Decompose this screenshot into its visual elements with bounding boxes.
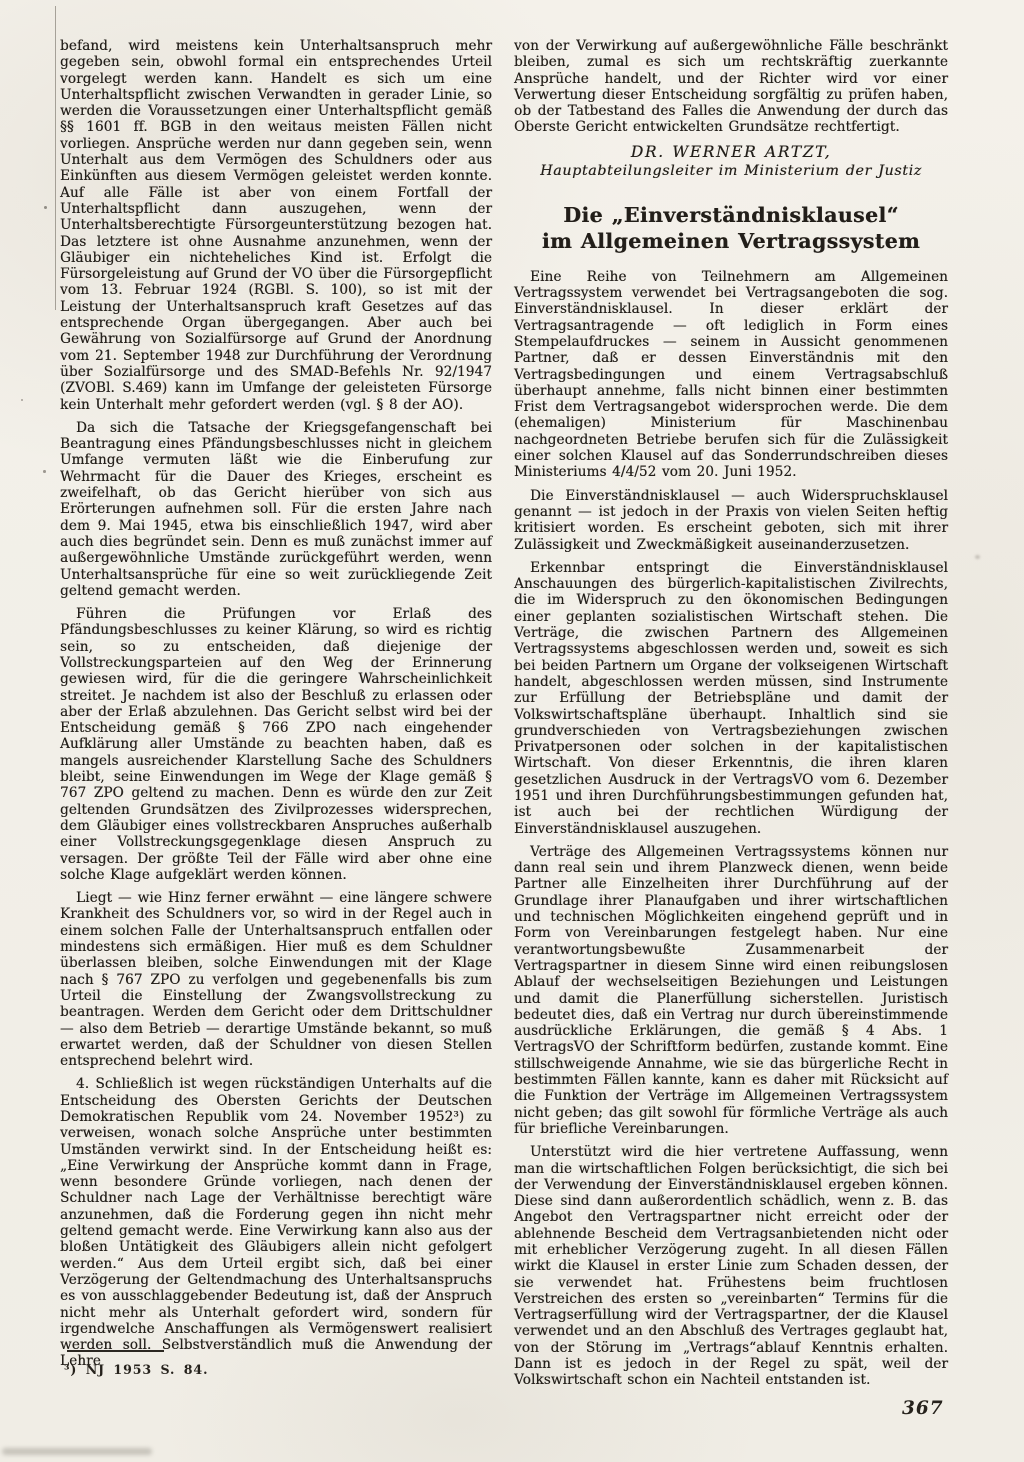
paragraph: befand, wird meistens kein Unterhaltsans…	[60, 38, 492, 413]
footnote-separator-rule	[67, 1350, 164, 1352]
scan-speck	[21, 399, 23, 401]
journal-page-scan: befand, wird meistens kein Unterhaltsans…	[0, 0, 1024, 1462]
scan-edge-line	[55, 6, 56, 310]
scan-speck	[43, 470, 46, 473]
paragraph: 4. Schließlich ist wegen rückständigen U…	[60, 1076, 492, 1369]
article-title-line1: Die „Einverständnisklausel“	[514, 202, 948, 228]
paragraph: Eine Reihe von Teilnehmern am Allgemeine…	[514, 269, 948, 481]
article-title-line2: im Allgemeinen Vertragssystem	[514, 228, 948, 254]
paragraph: Da sich die Tatsache der Kriegsgefangens…	[60, 420, 492, 599]
scan-speck	[44, 206, 47, 209]
paragraph: Führen die Prüfungen vor Erlaß des Pfänd…	[60, 606, 492, 883]
author-byline: DR. WERNER ARTZT, Hauptabteilungsleiter …	[514, 143, 948, 181]
right-column: von der Verwirkung auf außergewöhnliche …	[514, 38, 948, 1389]
paragraph: Erkennbar entspringt die Einverständnisk…	[514, 560, 948, 837]
scan-smudge	[2, 1448, 152, 1455]
author-title: Hauptabteilungsleiter im Ministerium der…	[514, 162, 948, 181]
footnote: ³) NJ 1953 S. 84.	[64, 1350, 484, 1378]
paragraph: Unterstützt wird die hier vertretene Auf…	[514, 1144, 948, 1388]
paragraph: von der Verwirkung auf außergewöhnliche …	[514, 38, 948, 136]
article-title: Die „Einverständnisklausel“ im Allgemein…	[514, 202, 948, 254]
left-column: befand, wird meistens kein Unterhaltsans…	[60, 38, 492, 1370]
paragraph: Die Einverständnisklausel — auch Widersp…	[514, 488, 948, 553]
paragraph: Verträge des Allgemeinen Vertragssystems…	[514, 844, 948, 1137]
scan-smudge	[975, 555, 980, 559]
footnote-text: ³) NJ 1953 S. 84.	[64, 1362, 208, 1377]
paragraph: Liegt — wie Hinz ferner erwähnt — eine l…	[60, 890, 492, 1069]
page-number: 367	[902, 1398, 944, 1419]
author-name: DR. WERNER ARTZT,	[514, 143, 948, 162]
